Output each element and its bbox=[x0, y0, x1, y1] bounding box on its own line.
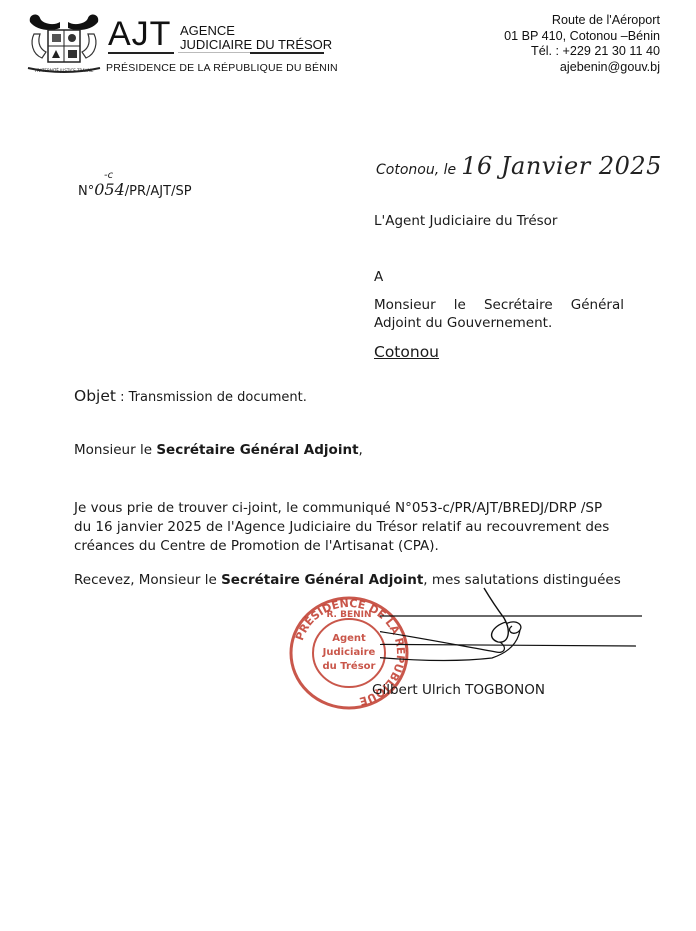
recipient-city: Cotonou bbox=[374, 343, 439, 361]
contact-block: Route de l'Aéroport 01 BP 410, Cotonou –… bbox=[504, 13, 660, 75]
agency-line1: AGENCE bbox=[180, 24, 332, 38]
salutation-title: Secrétaire Général Adjoint bbox=[156, 442, 358, 458]
agency-name: AGENCE JUDICIAIRE DU TRÉSOR bbox=[180, 24, 332, 52]
subject-line: Objet : Transmission de document. bbox=[74, 386, 307, 405]
place-date: Cotonou, le 16 Janvier 2025 bbox=[376, 152, 662, 180]
ref-prefix: N° bbox=[78, 184, 94, 199]
signature bbox=[380, 586, 642, 676]
svg-text:du Trésor: du Trésor bbox=[323, 660, 376, 672]
subject-label: Objet bbox=[74, 387, 116, 405]
svg-text:R. BENIN: R. BENIN bbox=[326, 610, 371, 620]
reference-number: N°054-c/PR/AJT/SP bbox=[78, 180, 192, 199]
svg-text:FRATERNITÉ JUSTICE TRAVAIL: FRATERNITÉ JUSTICE TRAVAIL bbox=[35, 68, 94, 73]
salutation-end: , bbox=[359, 442, 363, 458]
ref-suffix-mark: -c bbox=[104, 170, 113, 181]
ref-handwritten-number: 054 bbox=[94, 180, 125, 199]
header-rule bbox=[108, 52, 174, 54]
presidency-label: PRÉSIDENCE DE LA RÉPUBLIQUE DU BÉNIN bbox=[106, 62, 338, 74]
header-rule bbox=[178, 52, 250, 53]
subject-sep: : bbox=[116, 390, 129, 405]
salutation-text: Monsieur le bbox=[74, 442, 156, 458]
to-label: A bbox=[374, 268, 383, 286]
svg-text:Judiciaire: Judiciaire bbox=[322, 647, 376, 658]
ref-rest: /PR/AJT/SP bbox=[125, 184, 192, 199]
body-paragraph: Je vous prie de trouver ci-joint, le com… bbox=[74, 499, 622, 556]
handwritten-date: 16 Janvier 2025 bbox=[461, 152, 662, 180]
phone: Tél. : +229 21 30 11 40 bbox=[504, 44, 660, 60]
signatory-name: Gilbert Ulrich TOGBONON bbox=[372, 681, 545, 699]
agency-line2: JUDICIAIRE DU TRÉSOR bbox=[180, 38, 332, 52]
svg-text:Agent: Agent bbox=[332, 633, 366, 644]
recipient: Monsieur le Secrétaire Général Adjoint d… bbox=[374, 296, 624, 332]
coat-of-arms-icon: FRATERNITÉ JUSTICE TRAVAIL bbox=[24, 12, 104, 78]
logo-abbr: AJT bbox=[108, 14, 171, 54]
place-prefix: Cotonou, le bbox=[376, 162, 456, 178]
subject-text: Transmission de document. bbox=[129, 390, 307, 405]
header-rule bbox=[250, 52, 324, 54]
address-line1: Route de l'Aéroport bbox=[504, 13, 660, 29]
email: ajebenin@gouv.bj bbox=[504, 60, 660, 76]
address-line2: 01 BP 410, Cotonou –Bénin bbox=[504, 29, 660, 45]
sender: L'Agent Judiciaire du Trésor bbox=[374, 212, 557, 230]
closing-text: Recevez, Monsieur le bbox=[74, 572, 221, 588]
salutation: Monsieur le Secrétaire Général Adjoint, bbox=[74, 441, 363, 459]
